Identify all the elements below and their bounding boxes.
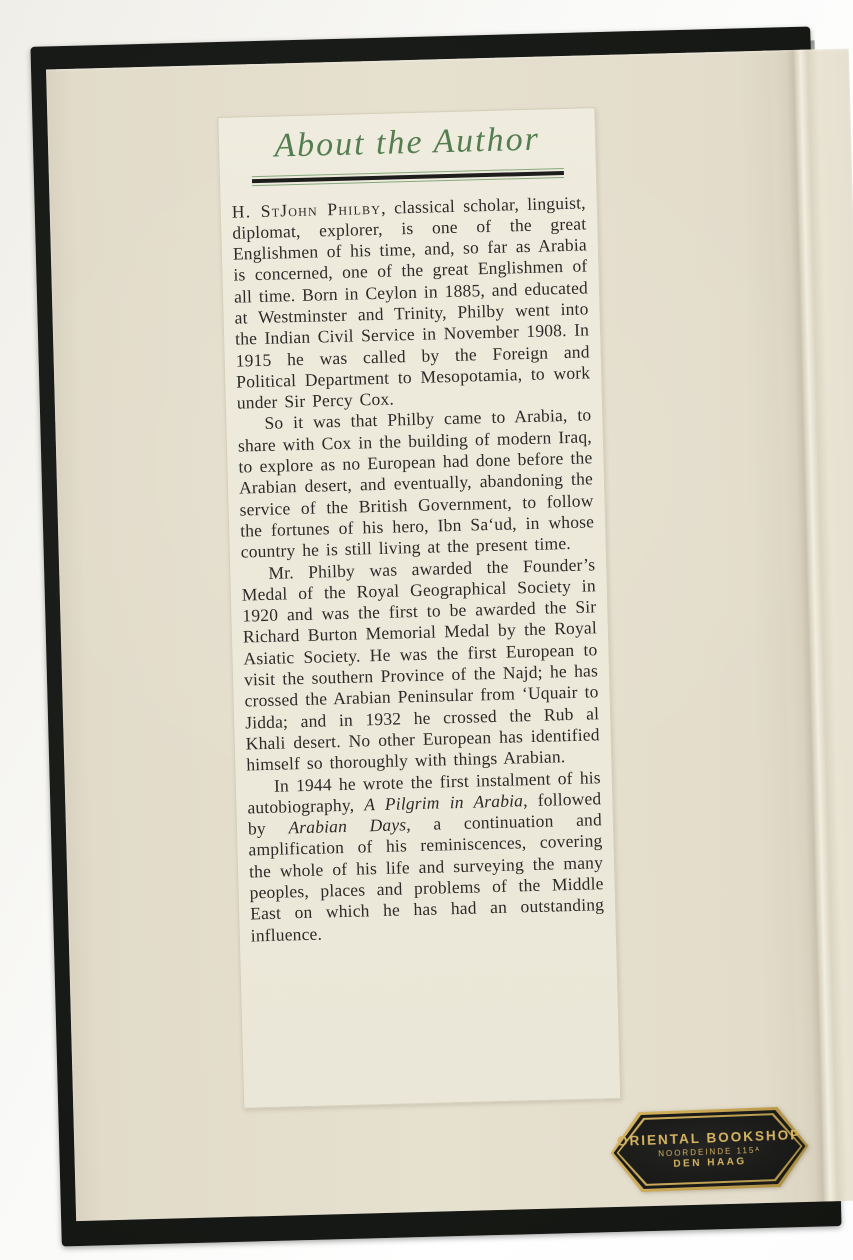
title-divider-rule bbox=[252, 168, 564, 186]
paragraph: H. StJohn Philby, classical scholar, lin… bbox=[232, 192, 591, 414]
text-segment: Arabian Days bbox=[288, 814, 406, 837]
book-endpaper-page: About the Author H. StJohn Philby, class… bbox=[46, 48, 853, 1221]
photo-frame: About the Author H. StJohn Philby, class… bbox=[0, 0, 853, 1260]
paragraph: So it was that Philby came to Arabia, to… bbox=[237, 405, 595, 563]
text-segment: A Pilgrim in Arabia bbox=[364, 790, 523, 814]
stamp-shop-name: ORIENTAL BOOKSHOP bbox=[617, 1127, 802, 1149]
text-segment: H. StJohn Philby bbox=[232, 197, 382, 221]
about-the-author-clipping: About the Author H. StJohn Philby, class… bbox=[217, 107, 621, 1109]
clipping-title: About the Author bbox=[218, 108, 595, 168]
text-segment: , classical scholar, linguist, diplomat,… bbox=[232, 192, 590, 413]
stamp-city: DEN HAAG bbox=[673, 1156, 747, 1170]
paragraph: In 1944 he wrote the first instalment of… bbox=[247, 767, 605, 947]
book: About the Author H. StJohn Philby, class… bbox=[30, 25, 853, 1246]
stamp-text: ORIENTAL BOOKSHOP NOORDEINDE 115ᴬ DEN HA… bbox=[609, 1106, 810, 1193]
clipping-body: H. StJohn Philby, classical scholar, lin… bbox=[232, 192, 605, 946]
bookshop-stamp: ORIENTAL BOOKSHOP NOORDEINDE 115ᴬ DEN HA… bbox=[609, 1106, 810, 1193]
text-segment: So it was that Philby came to Arabia, to… bbox=[238, 405, 595, 562]
title-divider-bar bbox=[252, 171, 564, 183]
paragraph: Mr. Philby was awarded the Founder’s Med… bbox=[241, 554, 600, 776]
page-fold-crease bbox=[772, 49, 848, 1202]
text-segment: Mr. Philby was awarded the Founder’s Med… bbox=[242, 554, 600, 775]
